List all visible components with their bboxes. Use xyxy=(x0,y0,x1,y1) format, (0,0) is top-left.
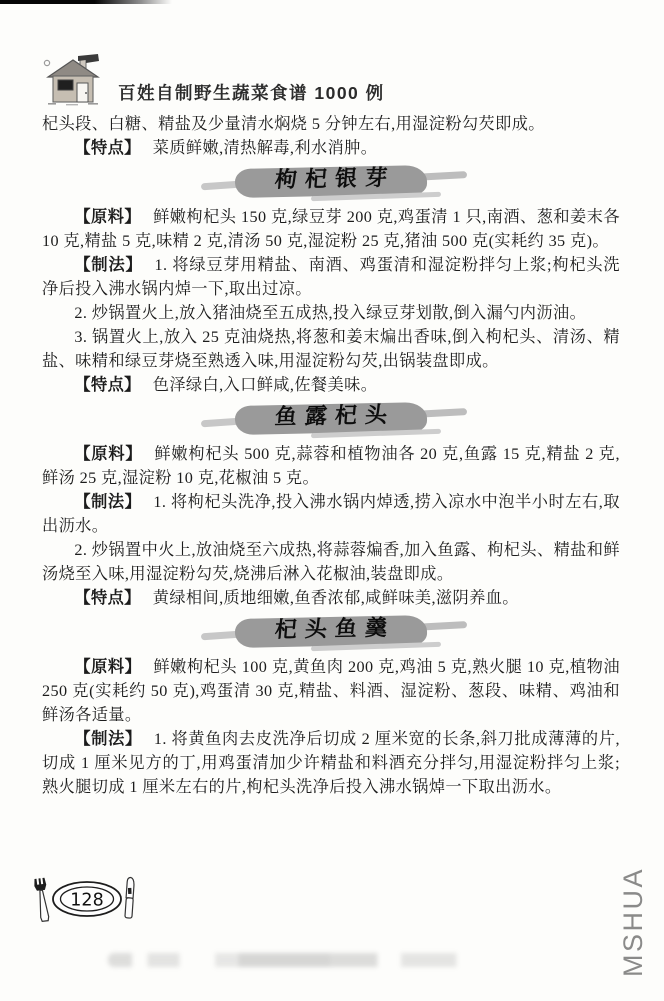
recipe-title-text: 枸杞银芽 xyxy=(266,166,396,192)
feature-paragraph: 【特点】色泽绿白,入口鲜咸,佐餐美味。 xyxy=(42,373,620,397)
book-title: 百姓自制野生蔬菜食谱 1000 例 xyxy=(118,80,385,113)
feature-paragraph: 【特点】黄绿相间,质地细嫩,鱼香浓郁,咸鲜味美,滋阴养血。 xyxy=(42,586,620,610)
intro-feature: 【特点】菜质鲜嫩,清热解毒,利水消肿。 xyxy=(42,136,620,160)
ingredients-label: 【原料】 xyxy=(74,445,142,463)
method-label: 【制法】 xyxy=(74,730,141,748)
method-paragraph: 【制法】1. 将枸杞头洗净,投入沸水锅内焯透,捞入凉水中泡半小时左右,取出沥水。 xyxy=(42,490,620,538)
recipe-title-yulu-qitou: 鱼露杞头 xyxy=(42,401,620,437)
scan-edge-artifact xyxy=(0,0,172,4)
plate-icon: 128 xyxy=(50,878,124,925)
feature-text: 色泽绿白,入口鲜咸,佐餐美味。 xyxy=(153,376,378,394)
fork-icon xyxy=(33,876,55,927)
intro-continuation: 杞头段、白糖、精盐及少量清水焖烧 5 分钟左右,用湿淀粉勾芡即成。 xyxy=(42,112,620,136)
recipe-title-text: 杞头鱼羹 xyxy=(266,616,396,642)
feature-label: 【特点】 xyxy=(74,139,140,157)
method-step: 2. 炒锅置中火上,放油烧至六成热,将蒜蓉煸香,加入鱼露、枸杞头、精盐和鲜汤烧至… xyxy=(42,538,620,586)
scan-smudge-artifact xyxy=(108,953,504,967)
ingredients-paragraph: 【原料】鲜嫩枸杞头 150 克,绿豆芽 200 克,鸡蛋清 1 只,南酒、葱和姜… xyxy=(42,205,620,253)
ingredients-label: 【原料】 xyxy=(74,208,141,226)
method-paragraph: 【制法】1. 将绿豆芽用精盐、南酒、鸡蛋清和湿淀粉拌匀上浆;枸杞头洗净后投入沸水… xyxy=(42,253,620,301)
feature-label: 【特点】 xyxy=(74,376,140,394)
house-icon xyxy=(42,54,104,113)
method-label: 【制法】 xyxy=(74,493,141,511)
feature-text: 菜质鲜嫩,清热解毒,利水消肿。 xyxy=(153,139,378,157)
knife-icon xyxy=(121,876,139,927)
method-step: 2. 炒锅置火上,放入猪油烧至五成热,投入绿豆芽划散,倒入漏勺内沥油。 xyxy=(42,301,620,325)
page-number: 128 xyxy=(70,891,103,911)
ingredients-paragraph: 【原料】鲜嫩枸杞头 500 克,蒜蓉和植物油各 20 克,鱼露 15 克,精盐 … xyxy=(42,442,620,490)
feature-label: 【特点】 xyxy=(74,589,140,607)
spine-watermark: MSHUA xyxy=(618,842,650,1001)
recipe-title-gouqi-yinya: 枸杞银芽 xyxy=(42,164,620,200)
recipe-title-text: 鱼露杞头 xyxy=(266,403,396,429)
method-label: 【制法】 xyxy=(74,256,142,274)
ingredients-paragraph: 【原料】鲜嫩枸杞头 100 克,黄鱼肉 200 克,鸡油 5 克,熟火腿 10 … xyxy=(42,655,620,727)
method-step: 3. 锅置火上,放入 25 克油烧热,将葱和姜末煸出香味,倒入枸杞头、清汤、精盐… xyxy=(42,325,620,373)
feature-text: 黄绿相间,质地细嫩,鱼香浓郁,咸鲜味美,滋阴养血。 xyxy=(153,589,519,607)
recipe-title-qitou-yugeng: 杞头鱼羹 xyxy=(42,614,620,650)
book-page: 百姓自制野生蔬菜食谱 1000 例 杞头段、白糖、精盐及少量清水焖烧 5 分钟左… xyxy=(0,0,664,1001)
page-header: 百姓自制野生蔬菜食谱 1000 例 xyxy=(42,54,385,113)
page-footer: 128 xyxy=(33,876,139,927)
ingredients-label: 【原料】 xyxy=(74,658,141,676)
method-paragraph: 【制法】1. 将黄鱼肉去皮洗净后切成 2 厘米宽的长条,斜刀批成薄薄的片,切成 … xyxy=(42,727,620,799)
page-content: 杞头段、白糖、精盐及少量清水焖烧 5 分钟左右,用湿淀粉勾芡即成。 【特点】菜质… xyxy=(42,112,620,799)
